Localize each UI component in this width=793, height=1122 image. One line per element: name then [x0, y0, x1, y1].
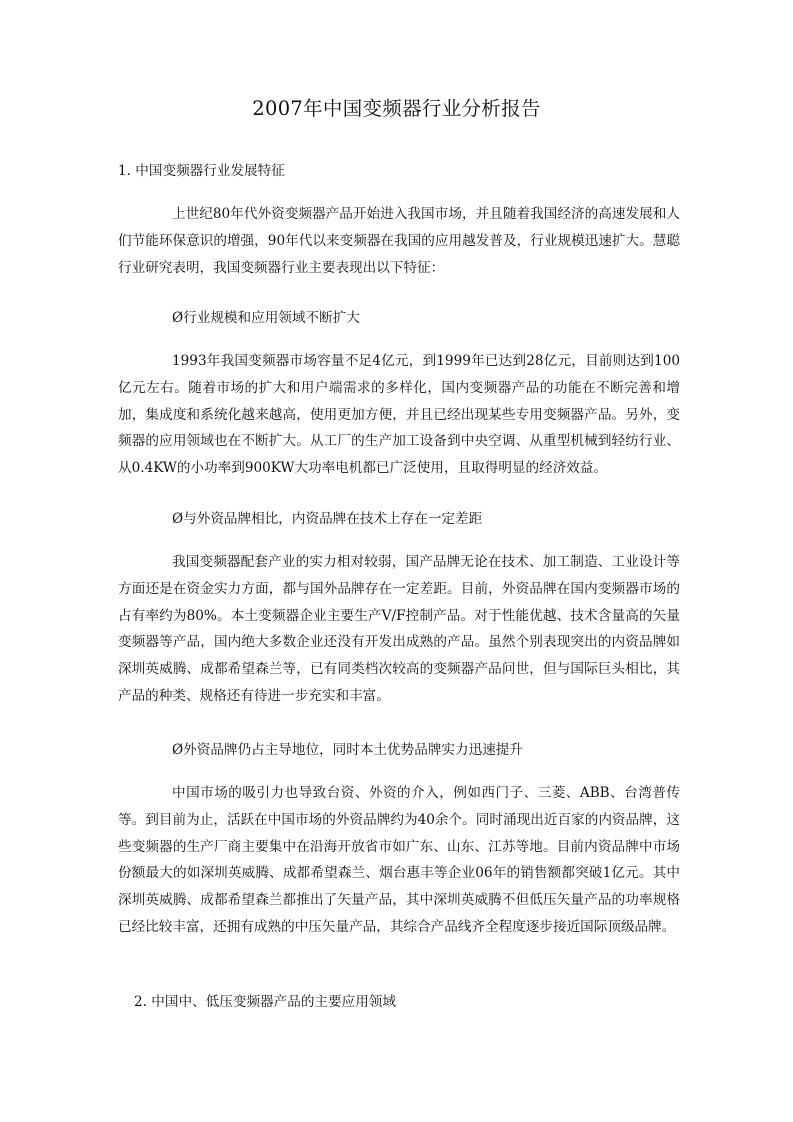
bullet-point-1-paragraph: 1993年我国变频器市场容量不足4亿元，到1999年已达到28亿元，目前则达到1… [118, 348, 680, 482]
document-title: 2007年中国变频器行业分析报告 [0, 96, 793, 122]
bullet-point-2: Ø与外资品牌相比，内资品牌在技术上存在一定差距 [172, 510, 482, 528]
bullet-point-2-paragraph: 我国变频器配套产业的实力相对较弱，国产品牌无论在技术、加工制造、工业设计等方面还… [118, 549, 680, 710]
section-heading-1: 1. 中国变频器行业发展特征 [118, 162, 285, 180]
section-1-intro-paragraph: 上世纪80年代外资变频器产品开始进入我国市场，并且随着我国经济的高速发展和人们节… [118, 201, 680, 281]
document-page: 2007年中国变频器行业分析报告 1. 中国变频器行业发展特征 上世纪80年代外… [0, 0, 793, 1122]
section-heading-2: 2. 中国中、低压变频器产品的主要应用领域 [134, 993, 396, 1011]
bullet-point-1: Ø行业规模和应用领域不断扩大 [172, 309, 360, 327]
bullet-point-3-paragraph: 中国市场的吸引力也导致台资、外资的介入，例如西门子、三菱、ABB、台湾普传等。到… [118, 780, 680, 941]
bullet-point-3: Ø外资品牌仍占主导地位，同时本土优势品牌实力迅速提升 [172, 741, 523, 759]
